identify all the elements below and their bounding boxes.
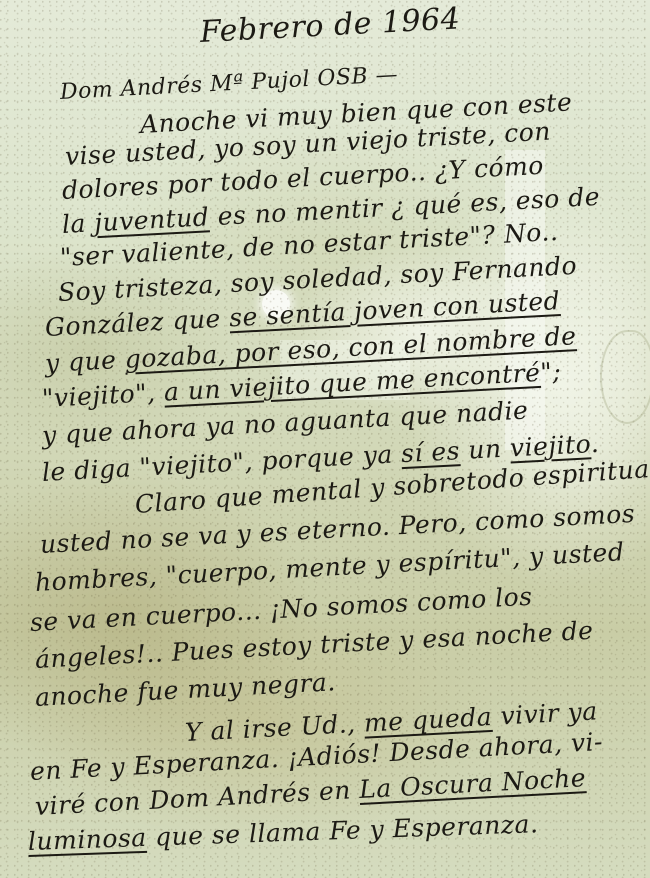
underlined-text: me queda: [363, 702, 493, 738]
underlined-text: juventud: [94, 202, 210, 237]
underlined-text: luminosa: [27, 823, 147, 856]
underlined-text: sí es: [400, 436, 460, 468]
letter-page: Febrero de 1964 Dom Andrés Mª Pujol OSB …: [0, 0, 650, 878]
letter-text: González que: [44, 303, 230, 342]
letter-line: anoche fue muy negra.: [34, 667, 336, 712]
letter-text: y que: [44, 345, 125, 378]
letter-text: ";: [540, 357, 562, 387]
letter-text: "viejito",: [41, 378, 165, 413]
letter-text: .: [590, 429, 600, 458]
underlined-text: La Oscura Noche: [358, 763, 586, 804]
letter-text: un: [459, 433, 511, 465]
letter-text: la: [61, 208, 95, 239]
letter-text: que se llama Fe y Esperanza.: [146, 809, 539, 852]
handwritten-letter: Febrero de 1964 Dom Andrés Mª Pujol OSB …: [0, 0, 650, 878]
letter-date: Febrero de 1964: [199, 1, 461, 50]
underlined-text: viejito: [509, 429, 591, 462]
letter-text: vivir ya: [491, 696, 598, 730]
